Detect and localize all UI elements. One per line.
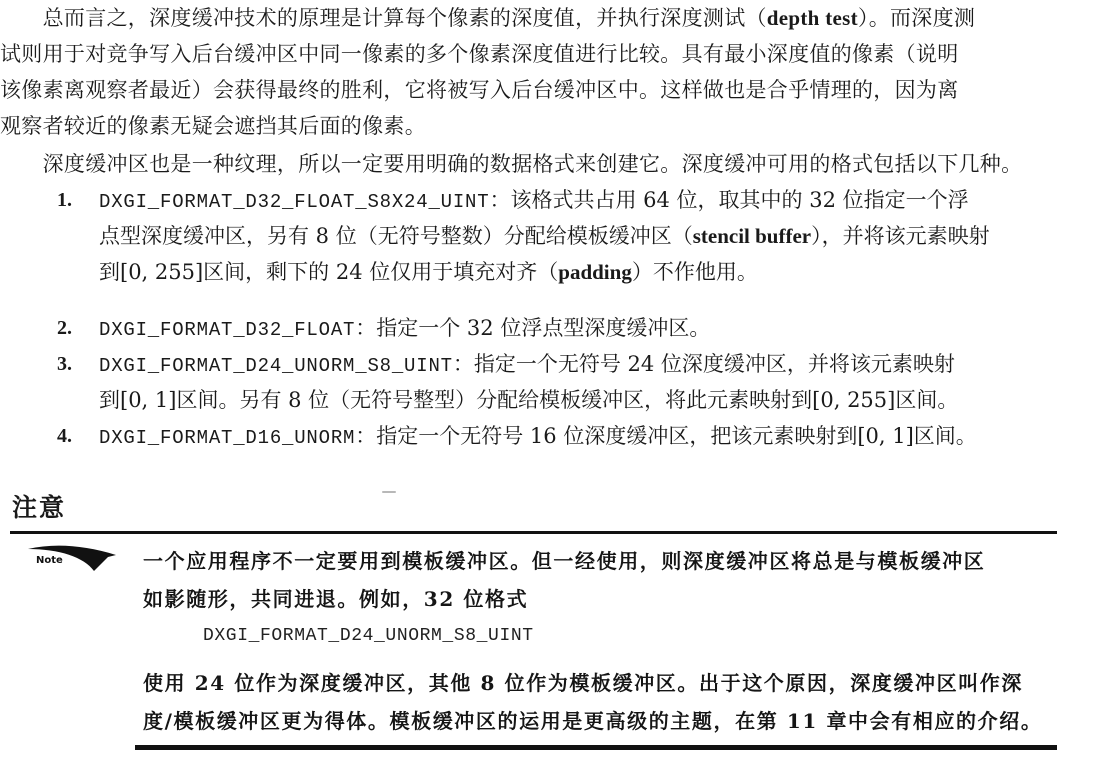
note-top-rule	[10, 531, 1057, 534]
format-list-item: 3. DXGI_FORMAT_D24_UNORM_S8_UINT：指定一个无符号…	[0, 346, 1090, 418]
format-code: DXGI_FORMAT_D32_FLOAT	[99, 319, 355, 341]
term-stencil-buffer: stencil buffer	[693, 224, 811, 248]
scan-artifact	[382, 491, 396, 493]
book-page: 总而言之，深度缓冲技术的原理是计算每个像素的深度值，并执行深度测试（depth …	[0, 0, 1096, 759]
format-code: DXGI_FORMAT_D16_UNORM	[99, 427, 355, 449]
note-logo-label: Note	[36, 555, 63, 566]
paragraph-depth-buffer-formats-intro: 深度缓冲区也是一种纹理，所以一定要用明确的数据格式来创建它。深度缓冲可用的格式包…	[0, 146, 1090, 182]
paragraph-depth-buffer-principle: 总而言之，深度缓冲技术的原理是计算每个像素的深度值，并执行深度测试（depth …	[0, 0, 1090, 144]
note-bottom-rule	[135, 745, 1057, 750]
list-number: 2.	[57, 310, 72, 346]
list-number: 3.	[57, 346, 72, 382]
list-number: 4.	[57, 418, 72, 454]
note-line: 使用 24 位作为深度缓冲区，其他 8 位作为模板缓冲区。出于这个原因，深度缓冲…	[143, 667, 1023, 696]
note-line: 度/模板缓冲区更为得体。模板缓冲区的运用是更高级的主题，在第 11 章中会有相应…	[143, 705, 1042, 734]
paragraph-line: 深度缓冲区也是一种纹理，所以一定要用明确的数据格式来创建它。深度缓冲可用的格式包…	[0, 146, 1090, 182]
note-line: 一个应用程序不一定要用到模板缓冲区。但一经使用，则深度缓冲区将总是与模板缓冲区	[143, 545, 985, 574]
format-list-item: 2. DXGI_FORMAT_D32_FLOAT：指定一个 32 位浮点型深度缓…	[0, 310, 1090, 346]
list-number: 1.	[57, 182, 72, 218]
paragraph-line: 该像素离观察者最近）会获得最终的胜利，它将被写入后台缓冲区中。这样做也是合乎情理…	[0, 72, 1090, 108]
note-format-code: DXGI_FORMAT_D24_UNORM_S8_UINT	[203, 626, 534, 646]
note-logo: Note	[24, 543, 124, 575]
paragraph-line: 总而言之，深度缓冲技术的原理是计算每个像素的深度值，并执行深度测试（depth …	[0, 0, 1090, 36]
format-code: DXGI_FORMAT_D24_UNORM_S8_UINT	[99, 355, 453, 377]
note-line: 如影随形，共同进退。例如，32 位格式	[143, 583, 528, 612]
format-code: DXGI_FORMAT_D32_FLOAT_S8X24_UINT	[99, 191, 489, 213]
paragraph-line: 观察者较近的像素无疑会遮挡其后面的像素。	[0, 108, 1090, 144]
format-list-item: 1. DXGI_FORMAT_D32_FLOAT_S8X24_UINT：该格式共…	[0, 182, 1090, 290]
paragraph-line: 试则用于对竞争写入后台缓冲区中同一像素的多个像素深度值进行比较。具有最小深度值的…	[0, 36, 1090, 72]
term-depth-test: depth test	[767, 6, 858, 30]
format-list-item: 4. DXGI_FORMAT_D16_UNORM：指定一个无符号 16 位深度缓…	[0, 418, 1090, 454]
term-padding: padding	[558, 260, 632, 284]
note-heading: 注意	[12, 488, 66, 524]
